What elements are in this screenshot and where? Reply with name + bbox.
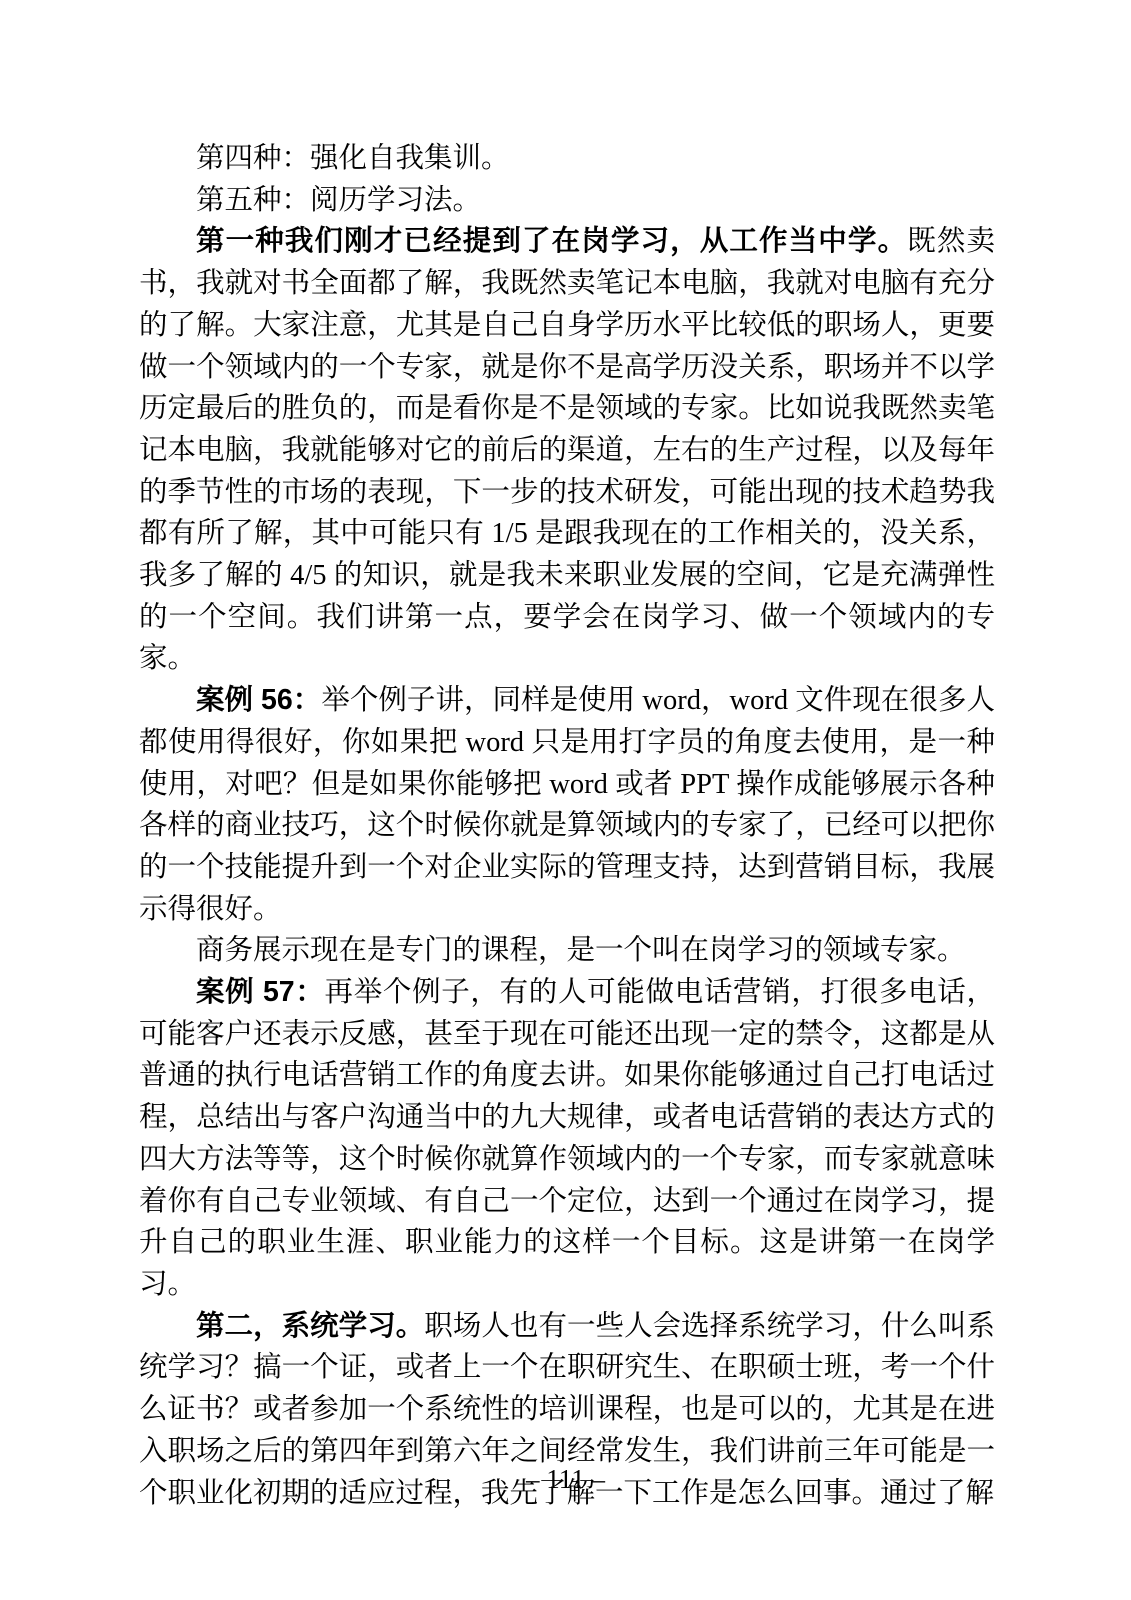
text-segment: 既然卖书，我就对书全面都了解，我既然卖笔记本电脑，我就对电脑有充分的了解。大家注…: [139, 226, 995, 674]
bold-text-segment: 第二，系统学习。: [196, 1310, 424, 1342]
text-segment: 举个例子讲，同样是使用 word，word 文件现在很多人都使用得很好，你如果把…: [139, 685, 995, 925]
body-text: 第四种：强化自我集训。第五种：阅历学习法。第一种我们刚才已经提到了在岗学习，从工…: [139, 138, 995, 1514]
paragraph: 第五种：阅历学习法。: [139, 180, 995, 222]
bold-text-segment: 案例 57：: [196, 976, 325, 1008]
paragraph: 商务展示现在是专门的课程，是一个叫在岗学习的领域专家。: [139, 930, 995, 972]
document-page: 第四种：强化自我集训。第五种：阅历学习法。第一种我们刚才已经提到了在岗学习，从工…: [0, 0, 1131, 1600]
bold-text-segment: 案例 56：: [196, 684, 321, 716]
paragraph: 案例 56：举个例子讲，同样是使用 word，word 文件现在很多人都使用得很…: [139, 680, 995, 930]
paragraph: 第四种：强化自我集训。: [139, 138, 995, 180]
text-segment: 商务展示现在是专门的课程，是一个叫在岗学习的领域专家。: [196, 935, 966, 966]
paragraph: 第一种我们刚才已经提到了在岗学习，从工作当中学。既然卖书，我就对书全面都了解，我…: [139, 221, 995, 680]
text-segment: 第四种：强化自我集训。: [196, 143, 510, 174]
page-number: – 111 –: [0, 1462, 1131, 1496]
text-segment: 再举个例子，有的人可能做电话营销，打很多电话，可能客户还表示反感，甚至于现在可能…: [139, 977, 995, 1300]
bold-text-segment: 第一种我们刚才已经提到了在岗学习，从工作当中学。: [196, 225, 907, 257]
paragraph: 案例 57：再举个例子，有的人可能做电话营销，打很多电话，可能客户还表示反感，甚…: [139, 972, 995, 1306]
text-segment: 第五种：阅历学习法。: [196, 185, 481, 216]
